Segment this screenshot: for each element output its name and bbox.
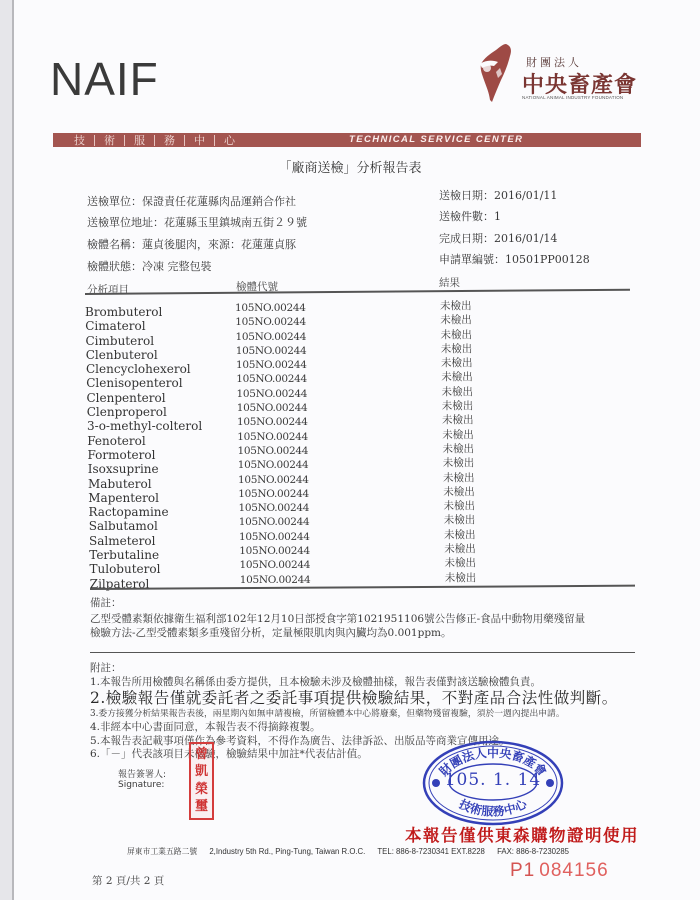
band-char: 務 <box>155 135 185 146</box>
result-value: 未檢出 <box>444 512 476 527</box>
info-complete-date: 完成日期2016/01/14 <box>439 230 557 246</box>
sample-code: 105NO.00244 <box>238 459 309 471</box>
sample-code: 105NO.00244 <box>240 574 311 586</box>
sample-code: 105NO.00244 <box>236 345 307 357</box>
table-row: Cimaterol105NO.00244未檢出 <box>85 316 605 330</box>
table-row: Terbutaline105NO.00244未檢出 <box>89 545 609 559</box>
table-row: Formoterol105NO.00244未檢出 <box>88 445 608 459</box>
info-application-no: 申請單編號10501PP00128 <box>439 251 590 267</box>
sample-code: 105NO.00244 <box>236 331 307 343</box>
usage-watermark: 本報告僅供東森購物證明使用 <box>405 822 639 846</box>
remarks-title: 備註： <box>90 595 122 610</box>
sample-code: 105NO.00244 <box>236 359 307 371</box>
footer-address-en: 2,Industry 5th Rd., Ping-Tung, Taiwan R.… <box>209 847 365 856</box>
info-value: 10501PP00128 <box>505 253 590 266</box>
result-value: 未檢出 <box>443 470 475 485</box>
info-label: 送檢單位地址 <box>87 216 164 229</box>
technical-service-band: 技 術 服 務 中 心 TECHNICAL SERVICE CENTER <box>53 133 641 147</box>
sample-code: 105NO.00244 <box>239 531 310 543</box>
info-count: 送檢件數1 <box>439 208 501 224</box>
official-seal: 財團法人中央畜產會 技術服務中心 105. 1. 14 <box>422 740 564 826</box>
note-item: 6.「－」代表該項目未檢驗，檢驗結果中加註*代表估計值。 <box>90 746 368 761</box>
naif-logo: 財團法人 中央畜產會 NATIONAL ANIMAL INDUSTRY FOUN… <box>470 40 660 110</box>
footer-address-zh: 屏東市工業五路二號 <box>127 847 197 856</box>
note-item: 2.檢驗報告僅就委託者之委託事項提供檢驗結果，不對產品合法性做判斷。 <box>90 686 618 708</box>
table-row: Clencyclohexerol105NO.00244未檢出 <box>86 359 606 373</box>
sample-code: 105NO.00244 <box>239 502 310 514</box>
info-label: 送檢件數 <box>439 210 494 223</box>
result-value: 未檢出 <box>444 541 476 556</box>
sample-code: 105NO.00244 <box>239 516 310 528</box>
result-value: 未檢出 <box>445 570 477 585</box>
table-row: Salbutamol105NO.00244未檢出 <box>89 516 609 530</box>
table-row: Fenoterol105NO.00244未檢出 <box>87 431 607 445</box>
sample-code: 105NO.00244 <box>237 388 308 400</box>
seal-char: 曾 <box>195 748 208 762</box>
info-value: 2016/01/11 <box>494 189 557 202</box>
sample-code: 105NO.00244 <box>237 402 308 414</box>
seal-char: 榮 <box>195 783 208 797</box>
table-row: Salmeterol105NO.00244未檢出 <box>89 531 609 545</box>
info-label: 檢體名稱 <box>87 238 142 251</box>
table-row: Brombuterol105NO.00244未檢出 <box>85 302 605 316</box>
result-value: 未檢出 <box>443 441 475 456</box>
sample-code: 105NO.00244 <box>238 445 309 457</box>
footer-tel: TEL: 886-8-7230341 EXT.8228 <box>377 847 485 856</box>
results-table: Brombuterol105NO.00244未檢出Cimaterol105NO.… <box>85 302 605 588</box>
remarks-line: 乙型受體素類依據衛生福利部102年12月10日部授食字第1021951106號公… <box>90 611 585 626</box>
column-header-item: 分析項目 <box>87 282 129 297</box>
result-value: 未檢出 <box>444 527 476 542</box>
info-value: 蓮貞後腿肉，來源：花蓮蓮貞豚 <box>142 238 296 251</box>
table-row: Tulobuterol105NO.00244未檢出 <box>90 559 610 573</box>
logo-english-text: NATIONAL ANIMAL INDUSTRY FOUNDATION <box>522 95 623 100</box>
info-value: 保證責任花蓮縣肉品運銷合作社 <box>142 195 296 208</box>
info-label: 申請單編號 <box>439 253 505 266</box>
info-label: 送檢日期 <box>439 189 494 202</box>
band-char: 技 <box>65 135 95 146</box>
taiwan-map-icon <box>478 42 520 104</box>
sample-code: 105NO.00244 <box>238 488 309 500</box>
band-char: 術 <box>95 135 125 146</box>
note-item: 3.委方接獲分析結果報告表後，兩星期內如無申請複檢，所留檢體本中心將廢棄，但藥物… <box>90 706 565 719</box>
result-value: 未檢出 <box>442 427 474 442</box>
scan-edge <box>0 0 12 900</box>
result-value: 未檢出 <box>441 341 473 356</box>
sample-code: 105NO.00244 <box>236 373 307 385</box>
table-row: 3-o-methyl-colterol105NO.00244未檢出 <box>87 416 607 430</box>
info-value: 2016/01/14 <box>494 232 557 245</box>
info-label: 檢體狀態 <box>87 260 142 273</box>
footer-fax: FAX: 886-8-7230285 <box>497 847 569 856</box>
sample-code: 105NO.00244 <box>237 431 308 443</box>
result-value: 未檢出 <box>442 398 474 413</box>
sample-code: 105NO.00244 <box>235 316 306 328</box>
naif-brand: NAIF <box>50 52 159 106</box>
svg-text:技術服務中心: 技術服務中心 <box>456 795 530 818</box>
info-sample-name: 檢體名稱蓮貞後腿肉，來源：花蓮蓮貞豚 <box>87 236 296 252</box>
note-item: 4.非經本中心書面同意，本報告表不得摘錄複製。 <box>90 719 321 734</box>
info-value: 花蓮縣玉里鎮城南五街２９號 <box>164 216 307 229</box>
sample-code: 105NO.00244 <box>237 416 308 428</box>
signature-label-zh: 報告簽署人: <box>118 767 166 780</box>
result-value: 未檢出 <box>441 369 473 384</box>
seal-date: 105. 1. 14 <box>422 770 564 790</box>
sample-code: 105NO.00244 <box>238 474 309 486</box>
result-value: 未檢出 <box>441 355 473 370</box>
result-value: 未檢出 <box>441 327 473 342</box>
table-row: Clenbuterol105NO.00244未檢出 <box>86 345 606 359</box>
band-chinese: 技 術 服 務 中 心 <box>53 135 244 146</box>
table-row: Ractopamine105NO.00244未檢出 <box>89 502 609 516</box>
notes-title: 附註： <box>90 660 122 675</box>
table-row: Isoxsuprine105NO.00244未檢出 <box>88 459 608 473</box>
remarks-line: 檢驗方法-乙型受體素類多重殘留分析，定量極限肌肉與內臟均為0.001ppm。 <box>90 625 452 640</box>
result-value: 未檢出 <box>440 312 472 327</box>
info-value: 1 <box>494 210 501 223</box>
band-char: 中 <box>185 135 215 146</box>
result-value: 未檢出 <box>443 484 475 499</box>
result-value: 未檢出 <box>445 555 477 570</box>
table-row: Clenisopenterol105NO.00244未檢出 <box>86 373 606 387</box>
info-submit-date: 送檢日期2016/01/11 <box>439 187 557 203</box>
result-value: 未檢出 <box>440 298 472 313</box>
result-value: 未檢出 <box>443 455 475 470</box>
sample-code: 105NO.00244 <box>240 559 311 571</box>
table-row: Mapenterol105NO.00244未檢出 <box>88 488 608 502</box>
signatory-seal: 曾 凱 榮 璽 <box>189 742 214 820</box>
info-label: 送檢單位 <box>87 195 142 208</box>
remarks-bottom-rule <box>90 652 635 653</box>
signature-label-en: Signature: <box>118 780 164 790</box>
table-row: Clenpenterol105NO.00244未檢出 <box>87 388 607 402</box>
seal-char: 璽 <box>195 800 208 814</box>
table-row: Mabuterol105NO.00244未檢出 <box>88 474 608 488</box>
result-value: 未檢出 <box>442 384 474 399</box>
footer-address: 屏東市工業五路二號 2,Industry 5th Rd., Ping-Tung,… <box>127 846 569 857</box>
info-label: 完成日期 <box>439 232 494 245</box>
table-row: Clenproperol105NO.00244未檢出 <box>87 402 607 416</box>
report-title: 「廠商送檢」分析報告表 <box>0 157 700 176</box>
info-sample-state: 檢體狀態冷凍 完整包裝 <box>87 258 212 274</box>
sample-code: 105NO.00244 <box>235 302 306 314</box>
serial-prefix: P1 <box>510 860 535 881</box>
serial-digits: 084156 <box>539 860 608 881</box>
info-submitter: 送檢單位保證責任花蓮縣肉品運銷合作社 <box>87 193 296 209</box>
serial-number: P1084156 <box>510 860 609 882</box>
table-row: Cimbuterol105NO.00244未檢出 <box>86 331 606 345</box>
sample-code: 105NO.00244 <box>239 545 310 557</box>
band-english: TECHNICAL SERVICE CENTER <box>349 133 523 147</box>
band-char: 服 <box>125 135 155 146</box>
column-header-result: 結果 <box>439 275 460 290</box>
band-char: 心 <box>215 135 244 146</box>
result-value: 未檢出 <box>442 412 474 427</box>
page-number: 第 2 頁/共 2 頁 <box>92 873 164 888</box>
info-value: 冷凍 完整包裝 <box>142 260 212 273</box>
result-value: 未檢出 <box>444 498 476 513</box>
seal-char: 凱 <box>195 765 208 779</box>
info-address: 送檢單位地址花蓮縣玉里鎮城南五街２９號 <box>87 214 307 230</box>
